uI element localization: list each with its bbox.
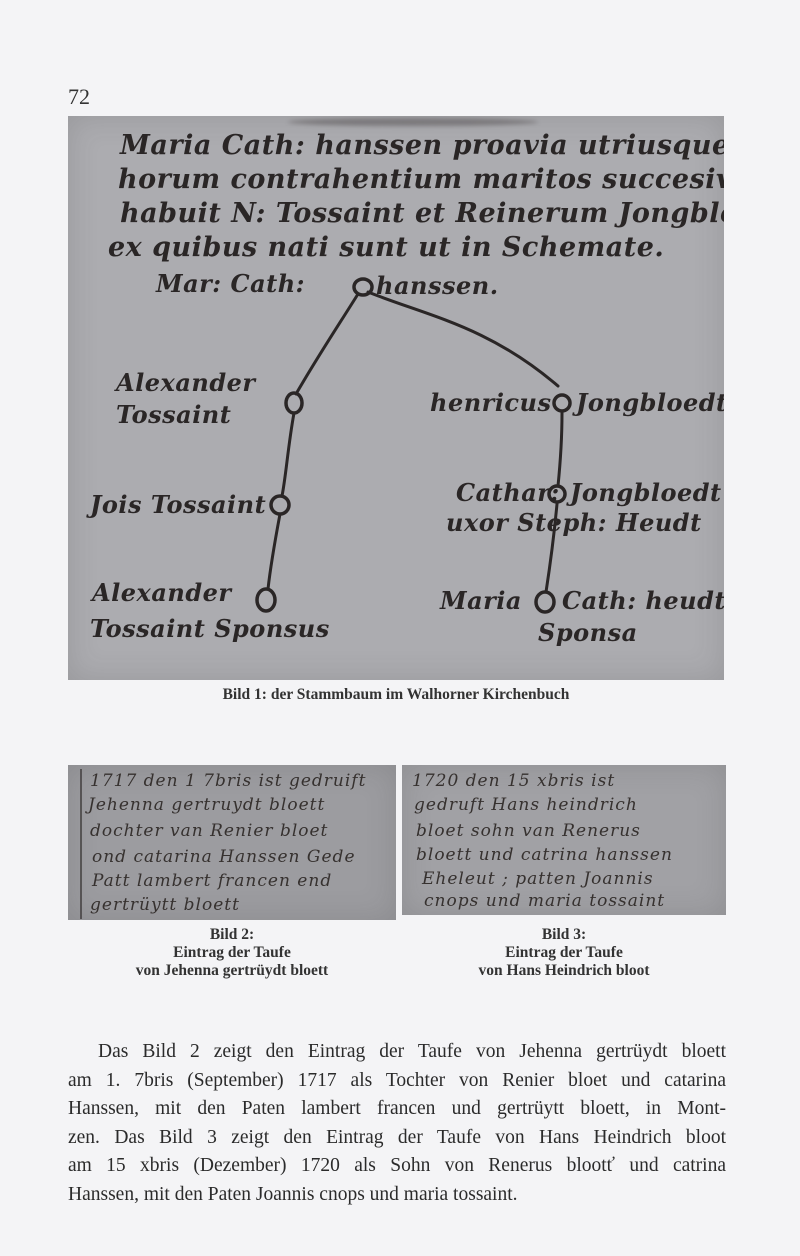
- tree-right-2-right: Jongbloedt: [570, 478, 722, 507]
- node-right-1-circle: [554, 395, 570, 411]
- figure-3-caption-line-2: Eintrag der Taufe: [402, 944, 726, 962]
- tree-left-1-line-1: Alexander: [116, 368, 256, 397]
- entry-1720-line-2: gedruft Hans heindrich: [414, 795, 638, 815]
- tree-right-1-left: henricus: [430, 388, 552, 417]
- tree-left-1-line-2: Tossaint: [116, 400, 231, 429]
- body-paragraph: Das Bild 2 zeigt den Eintrag der Taufe v…: [98, 1038, 726, 1209]
- figure-3-caption-line-1: Bild 3:: [402, 926, 726, 944]
- body-line-4: zen. Das Bild 3 zeigt den Eintrag der Ta…: [68, 1124, 726, 1153]
- node-right-3-circle: [536, 592, 554, 612]
- entry-1720-line-4: bloett und catrina hanssen: [416, 845, 673, 865]
- tree-right-1-right: Jongbloedt: [576, 388, 724, 417]
- entry-1717-line-2: Jehenna gertruydt bloett: [88, 795, 325, 815]
- entry-1717-line-5: Patt lambert francen end: [92, 871, 332, 891]
- entry-1717-line-4: ond catarina Hanssen Gede: [92, 847, 356, 867]
- figure-baptism-entry-1720: 1720 den 15 xbris ist gedruft Hans heind…: [402, 765, 726, 915]
- tree-right-3-line-2: Sponsa: [538, 618, 638, 647]
- entry-1720-line-3: bloet sohn van Renerus: [416, 821, 641, 841]
- page-number: 72: [68, 84, 90, 110]
- tree-right-2-left: Cathar:: [456, 478, 560, 507]
- figure-2-caption: Bild 2: Eintrag der Taufe von Jehenna ge…: [68, 926, 396, 980]
- tree-right-2-line-2: uxor Steph: Heudt: [446, 508, 702, 537]
- figure-2-caption-line-1: Bild 2:: [68, 926, 396, 944]
- tree-root-right: hanssen.: [376, 271, 499, 300]
- figure-2-caption-line-3: von Jehenna gertrüydt bloett: [68, 962, 396, 980]
- tree-left-2-line-1: Jois Tossaint: [90, 490, 266, 519]
- figure-2-caption-line-2: Eintrag der Taufe: [68, 944, 396, 962]
- entry-1720-line-5: Eheleut ; patten Joannis: [422, 869, 654, 889]
- node-root-circle: [354, 279, 372, 295]
- figure-baptism-entry-1717: 1717 den 1 7bris ist gedruift Jehenna ge…: [68, 765, 396, 920]
- figure-3-caption-line-3: von Hans Heindrich bloot: [402, 962, 726, 980]
- entry-1717-line-6: gertrüytt bloett: [90, 895, 240, 915]
- margin-rule: [80, 769, 82, 919]
- tree-right-3-right: Cath: heudt: [562, 586, 724, 615]
- entry-1720-line-1: 1720 den 15 xbris ist: [412, 771, 615, 791]
- entry-1717-line-3: dochter van Renier bloet: [90, 821, 328, 841]
- figure-family-tree: Maria Cath: hanssen proavia utriusque ho…: [68, 116, 724, 680]
- tree-root-left: Mar: Cath:: [156, 269, 305, 298]
- node-left-1-circle: [286, 393, 302, 413]
- entry-1720-line-6: cnops und maria tossaint: [424, 891, 665, 911]
- tree-right-3-left: Maria: [440, 586, 522, 615]
- tree-left-3-line-1: Alexander: [92, 578, 232, 607]
- node-left-2-circle: [271, 496, 289, 514]
- body-line-3: Hanssen, mit den Paten lambert francen u…: [68, 1095, 726, 1124]
- body-line-6: Hanssen, mit den Paten Joannis cnops und…: [68, 1181, 726, 1210]
- body-line-2: am 1. 7bris (September) 1717 als Tochter…: [68, 1067, 726, 1096]
- node-left-3-circle: [257, 589, 275, 611]
- body-line-5: am 15 xbris (Dezember) 1720 als Sohn von…: [68, 1152, 726, 1181]
- tree-left-3-line-2: Tossaint Sponsus: [90, 614, 330, 643]
- figure-3-caption: Bild 3: Eintrag der Taufe von Hans Heind…: [402, 926, 726, 980]
- body-line-1: Das Bild 2 zeigt den Eintrag der Taufe v…: [98, 1038, 726, 1067]
- figure-1-caption: Bild 1: der Stammbaum im Walhorner Kirch…: [68, 686, 724, 704]
- entry-1717-line-1: 1717 den 1 7bris ist gedruift: [90, 771, 366, 791]
